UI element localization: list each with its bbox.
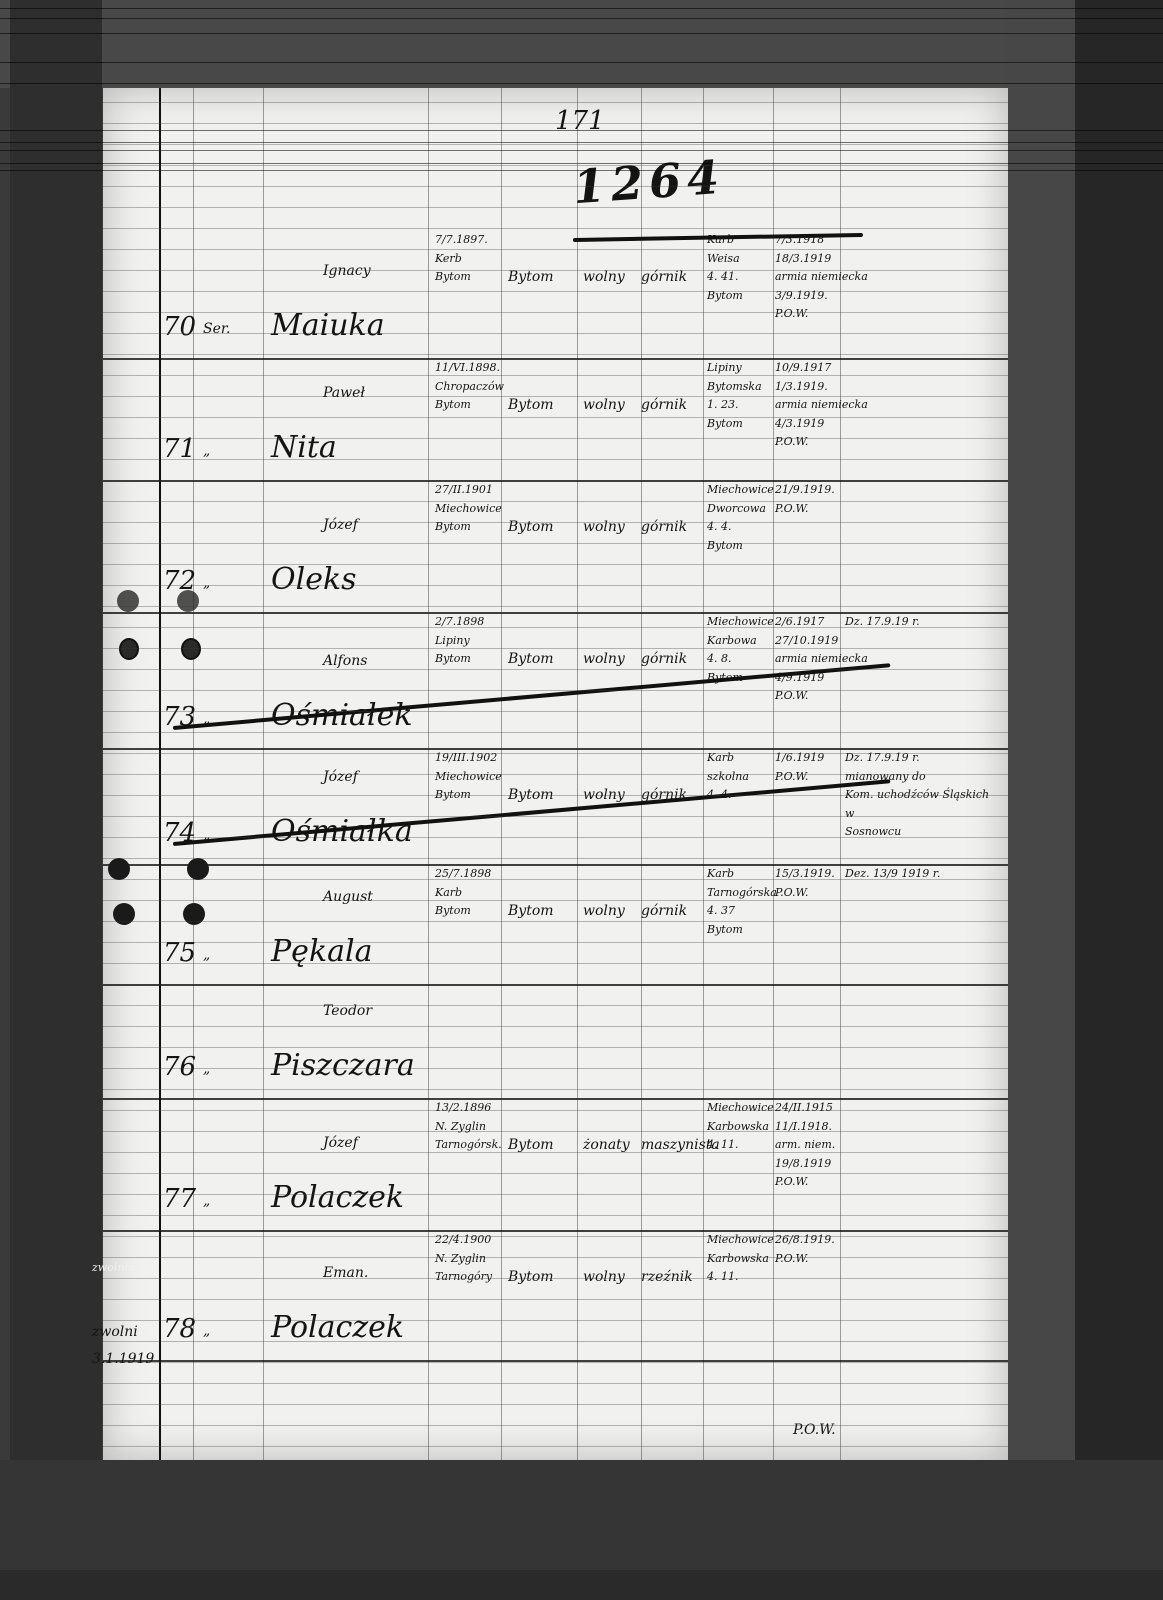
district: Bytom <box>508 904 554 919</box>
scan-artifact-line <box>0 163 1163 164</box>
surname: Polaczek <box>271 1312 404 1344</box>
scan-artifact-line <box>0 83 1163 84</box>
ruled-line <box>103 753 1008 754</box>
occupation: górnik <box>641 398 687 413</box>
scanner-shadow-right <box>1075 0 1163 1600</box>
ruled-line <box>103 732 1008 733</box>
marital-status: wolny <box>583 904 625 919</box>
scan-artifact-line <box>0 33 1163 34</box>
entry-number: 70 <box>163 314 196 341</box>
service-record: 7/3.191818/3.1919armia niemiecka3/9.1919… <box>775 234 868 320</box>
scan-artifact-line <box>0 62 1163 63</box>
ruled-line <box>103 627 1008 628</box>
punch-hole <box>108 858 130 880</box>
address: MiechowiceKarbowska4. 11. <box>707 1234 774 1283</box>
ruled-line <box>103 1362 1008 1363</box>
marital-status: wolny <box>583 652 625 667</box>
service-record: 21/9.1919.P.O.W. <box>775 484 835 514</box>
ruled-line <box>103 333 1008 334</box>
surname: Maiuka <box>271 310 385 342</box>
ruled-line <box>103 1194 1008 1195</box>
surname: Piszczara <box>271 1050 415 1082</box>
remarks: Dez. 13/9 1919 r. <box>845 868 940 880</box>
scanner-shadow-bottom <box>0 1570 1163 1600</box>
ruled-line <box>103 1425 1008 1426</box>
ruled-line <box>103 522 1008 523</box>
surname: Oleks <box>271 564 357 596</box>
ruled-line <box>103 165 1008 166</box>
ruled-line <box>103 501 1008 502</box>
birth-date-place: 19/III.1902MiechowiceBytom <box>435 752 502 801</box>
row-separator <box>103 358 1008 360</box>
ruled-line <box>103 1005 1008 1006</box>
given-name: Józef <box>323 518 358 533</box>
row-separator <box>103 1098 1008 1100</box>
service-record: 24/II.191511/I.1918.arm. niem.19/8.1919P… <box>775 1102 835 1188</box>
birth-date-place: 22/4.1900N. ZyglinTarnogóry <box>435 1234 492 1283</box>
district: Bytom <box>508 398 554 413</box>
ruled-line <box>103 207 1008 208</box>
ruled-line <box>103 837 1008 838</box>
row-separator <box>103 748 1008 750</box>
ruled-line <box>103 963 1008 964</box>
scanner-background-top <box>0 0 1163 88</box>
ruled-line <box>103 1383 1008 1384</box>
ruled-line <box>103 795 1008 796</box>
ruled-line <box>103 816 1008 817</box>
given-name: Ignacy <box>323 264 371 279</box>
ruled-line <box>103 228 1008 229</box>
service-record: 2/6.191727/10.1919armia niemiecka4/9.191… <box>775 616 868 702</box>
row-separator <box>103 1230 1008 1232</box>
ruled-line <box>103 417 1008 418</box>
birth-date-place: 7/7.1897.KerbBytom <box>435 234 488 283</box>
ruled-line <box>103 312 1008 313</box>
surname: Polaczek <box>271 1182 404 1214</box>
ruled-line <box>103 1299 1008 1300</box>
entry-prefix: Ser. <box>203 322 230 337</box>
entry-prefix: „ <box>203 1194 210 1209</box>
service-record: 26/8.1919.P.O.W. <box>775 1234 835 1264</box>
marital-status: wolny <box>583 398 625 413</box>
scan-artifact-line <box>0 170 1163 171</box>
punch-hole <box>117 590 139 612</box>
ruled-line <box>103 270 1008 271</box>
ruled-line <box>103 186 1008 187</box>
given-name: Alfons <box>323 654 367 669</box>
ruled-line <box>103 1131 1008 1132</box>
birth-date-place: 2/7.1898LipinyBytom <box>435 616 484 665</box>
ruled-line <box>103 900 1008 901</box>
archive-number: 1264 <box>572 153 727 212</box>
ruled-line <box>103 921 1008 922</box>
district: Bytom <box>508 652 554 667</box>
punch-hole <box>187 858 209 880</box>
ruled-line <box>103 1257 1008 1258</box>
ruled-line <box>103 123 1008 124</box>
ruled-line <box>103 1152 1008 1153</box>
ruled-line <box>103 543 1008 544</box>
ruled-line <box>103 774 1008 775</box>
district: Bytom <box>508 1138 554 1153</box>
ruled-line <box>103 249 1008 250</box>
ruled-line <box>103 102 1008 103</box>
birth-date-place: 27/II.1901MiechowiceBytom <box>435 484 502 533</box>
ruled-line <box>103 1278 1008 1279</box>
scan-artifact-line <box>0 142 1163 143</box>
ruled-line <box>103 480 1008 481</box>
entry-prefix: „ <box>203 1062 210 1077</box>
ruled-line <box>103 1110 1008 1111</box>
margin-note: 3.1.1919 <box>92 1352 154 1367</box>
marital-status: wolny <box>583 270 625 285</box>
ruled-line <box>103 711 1008 712</box>
service-record: 1/6.1919P.O.W. <box>775 752 824 782</box>
entry-prefix: „ <box>203 576 210 591</box>
given-name: Paweł <box>323 386 365 401</box>
address: MiechowiceDworcowa4. 4.Bytom <box>707 484 774 551</box>
scanner-shadow-left <box>10 0 102 1600</box>
service-record: 15/3.1919.P.O.W. <box>775 868 835 898</box>
scan-artifact-line <box>0 150 1163 151</box>
entry-prefix: „ <box>203 444 210 459</box>
scan-artifact-line <box>0 130 1163 131</box>
ruled-line <box>103 585 1008 586</box>
remarks: Dz. 17.9.19 r. <box>845 616 920 628</box>
ruled-line <box>103 1404 1008 1405</box>
page-number: 171 <box>555 108 605 135</box>
ruled-line <box>103 144 1008 145</box>
occupation: górnik <box>641 904 687 919</box>
ruled-line <box>103 648 1008 649</box>
entry-number: 77 <box>163 1186 196 1213</box>
entry-prefix: „ <box>203 1324 210 1339</box>
occupation: górnik <box>641 270 687 285</box>
scanner-background-right <box>1005 0 1075 1600</box>
ruled-line <box>103 459 1008 460</box>
punch-hole <box>119 638 139 660</box>
ruled-line <box>103 606 1008 607</box>
ruled-line <box>103 396 1008 397</box>
ruled-line <box>103 1236 1008 1237</box>
scan-artifact-line <box>0 8 1163 9</box>
birth-date-place: 25/7.1898KarbBytom <box>435 868 491 917</box>
ruled-line <box>103 1089 1008 1090</box>
ruled-line <box>103 984 1008 985</box>
ruled-line <box>103 942 1008 943</box>
ruled-line <box>103 1173 1008 1174</box>
ruled-line <box>103 879 1008 880</box>
ruled-line <box>103 354 1008 355</box>
ruled-line <box>103 375 1008 376</box>
ruled-line <box>103 1215 1008 1216</box>
given-name: Józef <box>323 770 358 785</box>
row-separator <box>103 612 1008 614</box>
punch-hole <box>181 638 201 660</box>
entry-prefix: „ <box>203 948 210 963</box>
margin-note: zwolniony <box>92 1262 148 1274</box>
row-separator <box>103 864 1008 866</box>
ruled-line <box>103 669 1008 670</box>
register-page: 171 1264 70Ser.MaiukaIgnacy7/7.1897.Kerb… <box>103 88 1008 1460</box>
ruled-line <box>103 291 1008 292</box>
scan-artifact-line <box>0 18 1163 19</box>
birth-date-place: 11/VI.1898.ChropaczówBytom <box>435 362 504 411</box>
ruled-line <box>103 1026 1008 1027</box>
ruled-line <box>103 1446 1008 1447</box>
punch-hole <box>177 590 199 612</box>
ruled-line <box>103 690 1008 691</box>
ruled-line <box>103 564 1008 565</box>
margin-note: zwolni <box>92 1325 138 1340</box>
ruled-line <box>103 1341 1008 1342</box>
given-name: August <box>323 890 373 905</box>
marital-status: żonaty <box>583 1138 630 1153</box>
district: Bytom <box>508 270 554 285</box>
given-name: Teodor <box>323 1004 372 1019</box>
ruled-line <box>103 858 1008 859</box>
ruled-line <box>103 1068 1008 1069</box>
ruled-line <box>103 1047 1008 1048</box>
ruled-line <box>103 438 1008 439</box>
occupation: górnik <box>641 652 687 667</box>
ruled-line <box>103 1320 1008 1321</box>
given-name: Józef <box>323 1136 358 1151</box>
